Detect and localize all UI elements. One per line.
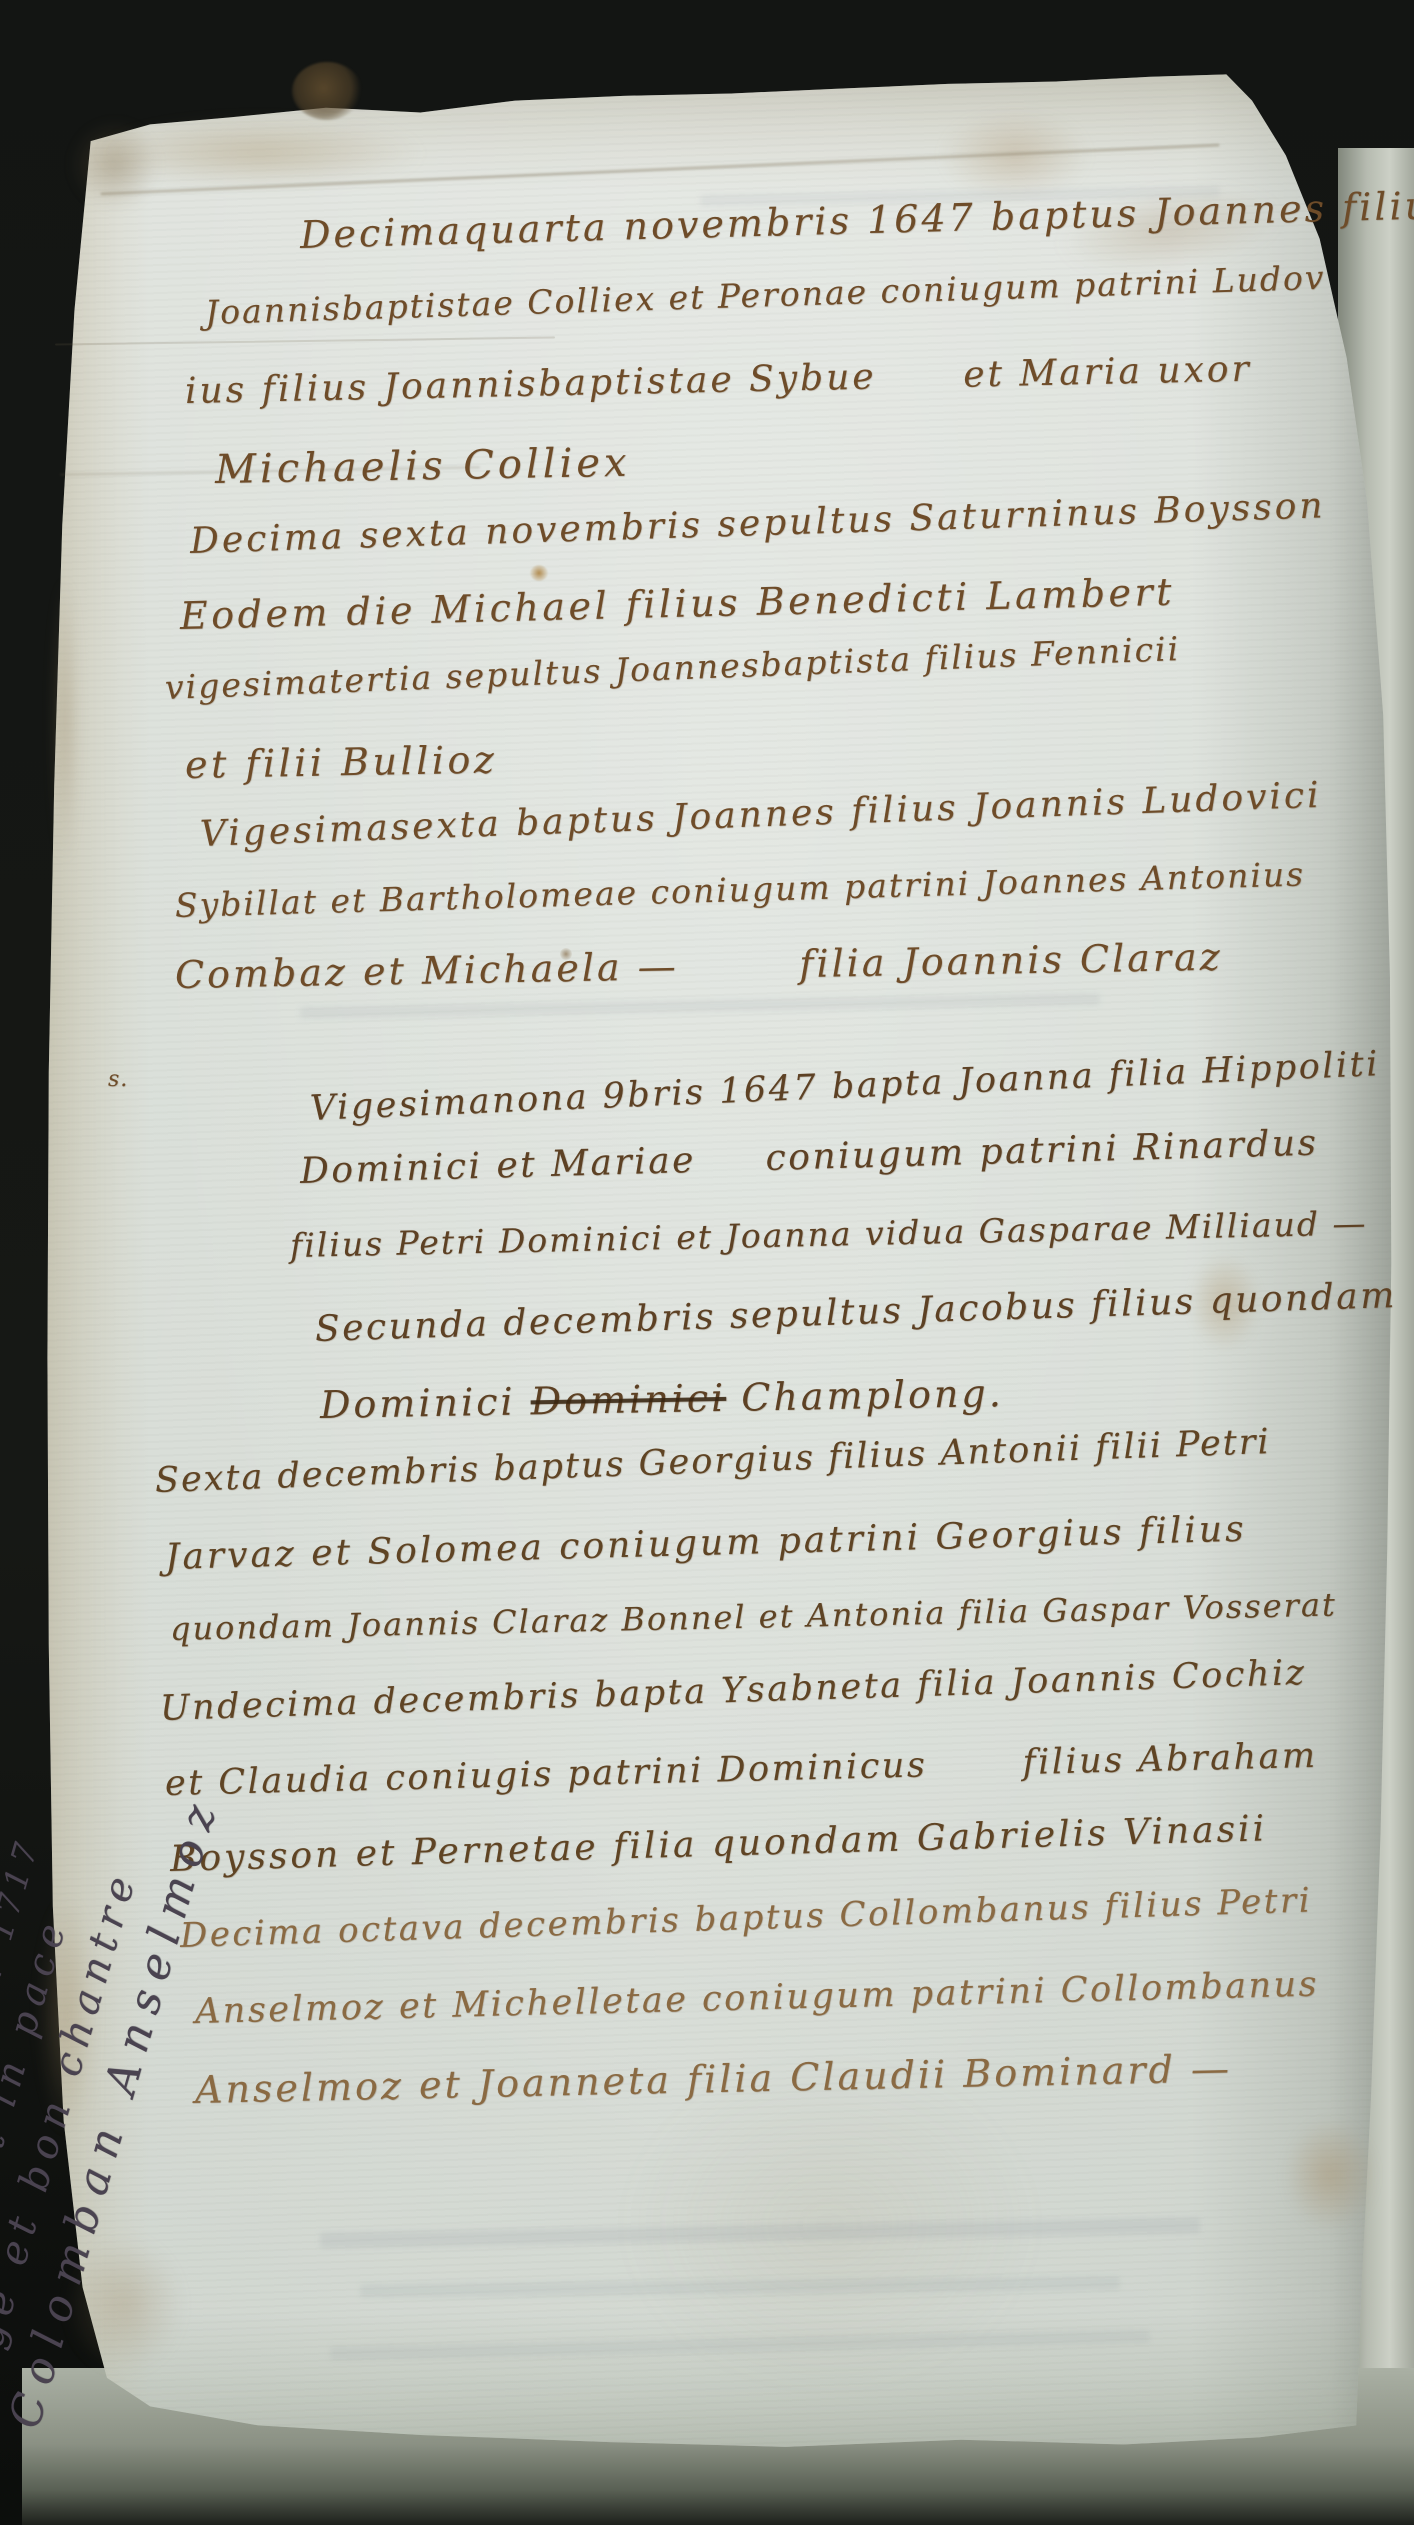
manuscript-line: s. [108, 1068, 128, 1092]
manuscript-run: Decimaquarta novembris 1647 baptus Joann… [299, 183, 1414, 257]
manuscript-line: Anselmoz et Joanneta filia Claudii Bomin… [195, 2048, 1233, 2112]
manuscript-run: Sybillat et Bartholomeae coniugum patrin… [174, 854, 1305, 925]
manuscript-line: Decima sexta novembris sepultus Saturnin… [189, 486, 1326, 561]
manuscript-line: Eodem die Michael filius Benedicti Lambe… [179, 572, 1175, 638]
manuscript-run: vigesimatertia sepultus Joannesbaptista … [164, 629, 1181, 707]
manuscript-line: ius filius Joannisbaptistae Sybue et Mar… [185, 350, 1253, 412]
manuscript-run: Champlong. [726, 1371, 1004, 1420]
manuscript-photo: Decimaquarta novembris 1647 baptus Joann… [0, 0, 1414, 2525]
manuscript-run: Anselmoz et Joanneta filia Claudii Bomin… [195, 2046, 1233, 2112]
manuscript-run: quondam Joannis Claraz Bonnel et Antonia… [170, 1586, 1338, 1648]
manuscript-line: Sexta decembris baptus Georgius filius A… [154, 1423, 1271, 1500]
manuscript-run: filius Petri Dominici et Joanna vidua Ga… [290, 1203, 1368, 1265]
struck-word: Dominici [530, 1376, 726, 1423]
manuscript-run: Undecima decembris bapta Ysabneta filia … [159, 1653, 1307, 1729]
manuscript-run: Joannisbaptistae Colliex et Peronae coni… [204, 258, 1326, 332]
manuscript-line: filius Petri Dominici et Joanna vidua Ga… [290, 1205, 1368, 1264]
manuscript-run: Secunda decembris sepultus Jacobus filiu… [314, 1275, 1397, 1350]
manuscript-line: Undecima decembris bapta Ysabneta filia … [159, 1654, 1307, 1729]
manuscript-line: Secunda decembris sepultus Jacobus filiu… [314, 1276, 1397, 1350]
manuscript-line: et Claudia coniugis patrini Dominicus fi… [165, 1737, 1319, 1804]
manuscript-line: Dominici et Mariae coniugum patrini Rina… [299, 1124, 1319, 1192]
manuscript-line: et filii Bullioz [185, 740, 498, 787]
manuscript-run: Dominici [320, 1379, 531, 1427]
manuscript-line: Combaz et Michaela — filia Joannis Clara… [175, 937, 1223, 997]
manuscript-run: Vigesimasexta baptus Joannes filius Joan… [199, 775, 1322, 855]
manuscript-line: Vigesimanona 9bris 1647 bapta Joanna fil… [309, 1045, 1380, 1128]
manuscript-run: Anselmoz et Michelletae coniugum patrini… [195, 1965, 1320, 2032]
manuscript-run: Sexta decembris baptus Georgius filius A… [154, 1422, 1271, 1501]
manuscript-run: Decima octava decembris baptus Collomban… [179, 1880, 1312, 1956]
manuscript-run: et Claudia coniugis patrini Dominicus fi… [165, 1736, 1319, 1804]
manuscript-line: Decimaquarta novembris 1647 baptus Joann… [299, 185, 1414, 257]
manuscript-run: Eodem die Michael filius Benedicti Lambe… [179, 570, 1175, 638]
manuscript-line: Sybillat et Bartholomeae coniugum patrin… [174, 856, 1305, 924]
manuscript-line: quondam Joannis Claraz Bonnel et Antonia… [170, 1588, 1338, 1648]
manuscript-line: vigesimatertia sepultus Joannesbaptista … [164, 631, 1181, 706]
manuscript-run: Jarvaz et Solomea coniugum patrini Georg… [164, 1509, 1247, 1578]
manuscript-line: Dominici Dominici Champlong. [320, 1373, 1004, 1427]
manuscript-run: Boysson et Pernetae filia quondam Gabrie… [169, 1808, 1267, 1880]
manuscript-line: Jarvaz et Solomea coniugum patrini Georg… [164, 1510, 1247, 1578]
manuscript-run: Combaz et Michaela — filia Joannis Clara… [175, 935, 1223, 997]
manuscript-line: Anselmoz et Michelletae coniugum patrini… [195, 1966, 1320, 2032]
manuscript-line: Joannisbaptistae Colliex et Peronae coni… [204, 260, 1326, 331]
manuscript-run: Decima sexta novembris sepultus Saturnin… [189, 485, 1326, 562]
manuscript-line: Decima octava decembris baptus Collomban… [179, 1882, 1312, 1955]
manuscript-run: s. [108, 1067, 128, 1092]
manuscript-run: ius filius Joannisbaptistae Sybue et Mar… [185, 349, 1253, 412]
manuscript-run: Vigesimanona 9bris 1647 bapta Joanna fil… [309, 1044, 1381, 1129]
manuscript-line: Vigesimasexta baptus Joannes filius Joan… [199, 776, 1322, 855]
manuscript-run: et filii Bullioz [185, 738, 498, 787]
manuscript-run: Dominici et Mariae coniugum patrini Rina… [299, 1123, 1319, 1192]
manuscript-run: Michaelis Colliex [215, 440, 631, 493]
manuscript-line: Boysson et Pernetae filia quondam Gabrie… [169, 1809, 1267, 1879]
manuscript-line: Michaelis Colliex [215, 441, 631, 492]
manuscript-text-layer: Decimaquarta novembris 1647 baptus Joann… [0, 0, 1414, 2525]
